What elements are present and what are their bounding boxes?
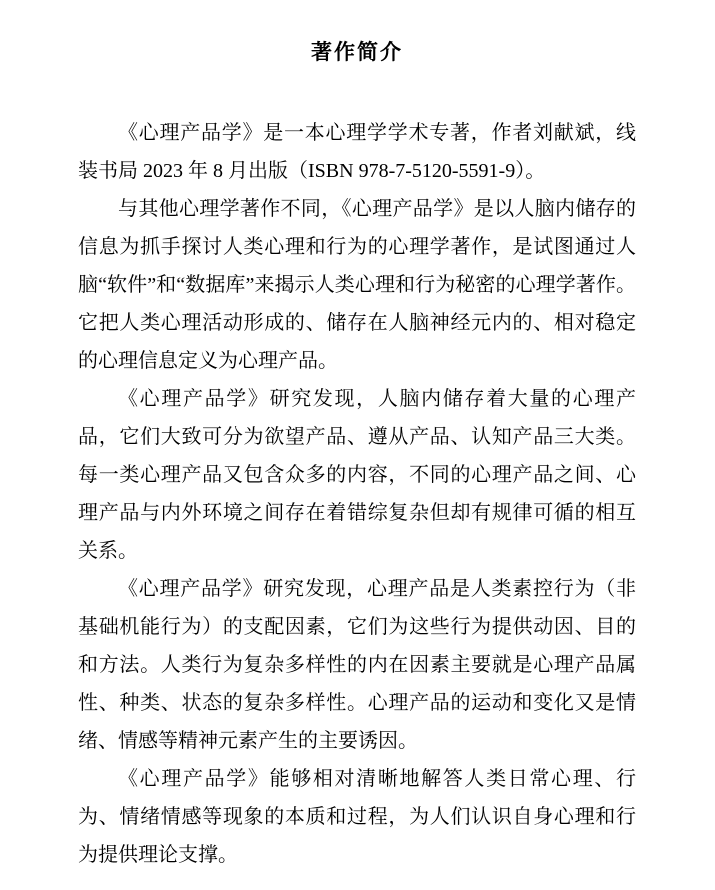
paragraph-publication-info: 《心理产品学》是一本心理学学术专著，作者刘献斌，线装书局 2023 年 8 月出… xyxy=(78,114,636,190)
paragraph-behavior-factors: 《心理产品学》研究发现，心理产品是人类素控行为（非基础机能行为）的支配因素，它们… xyxy=(78,570,636,760)
paragraph-product-categories: 《心理产品学》研究发现，人脑内储存着大量的心理产品，它们大致可分为欲望产品、遵从… xyxy=(78,380,636,570)
paragraph-book-approach: 与其他心理学著作不同，《心理产品学》是以人脑内储存的信息为抓手探讨人类心理和行为… xyxy=(78,190,636,380)
document-content: 著作简介 《心理产品学》是一本心理学学术专著，作者刘献斌，线装书局 2023 年… xyxy=(78,38,636,874)
paragraph-conclusion: 《心理产品学》能够相对清晰地解答人类日常心理、行为、情绪情感等现象的本质和过程，… xyxy=(78,760,636,874)
document-page: 著作简介 《心理产品学》是一本心理学学术专著，作者刘献斌，线装书局 2023 年… xyxy=(0,0,715,890)
page-title: 著作简介 xyxy=(78,38,636,68)
